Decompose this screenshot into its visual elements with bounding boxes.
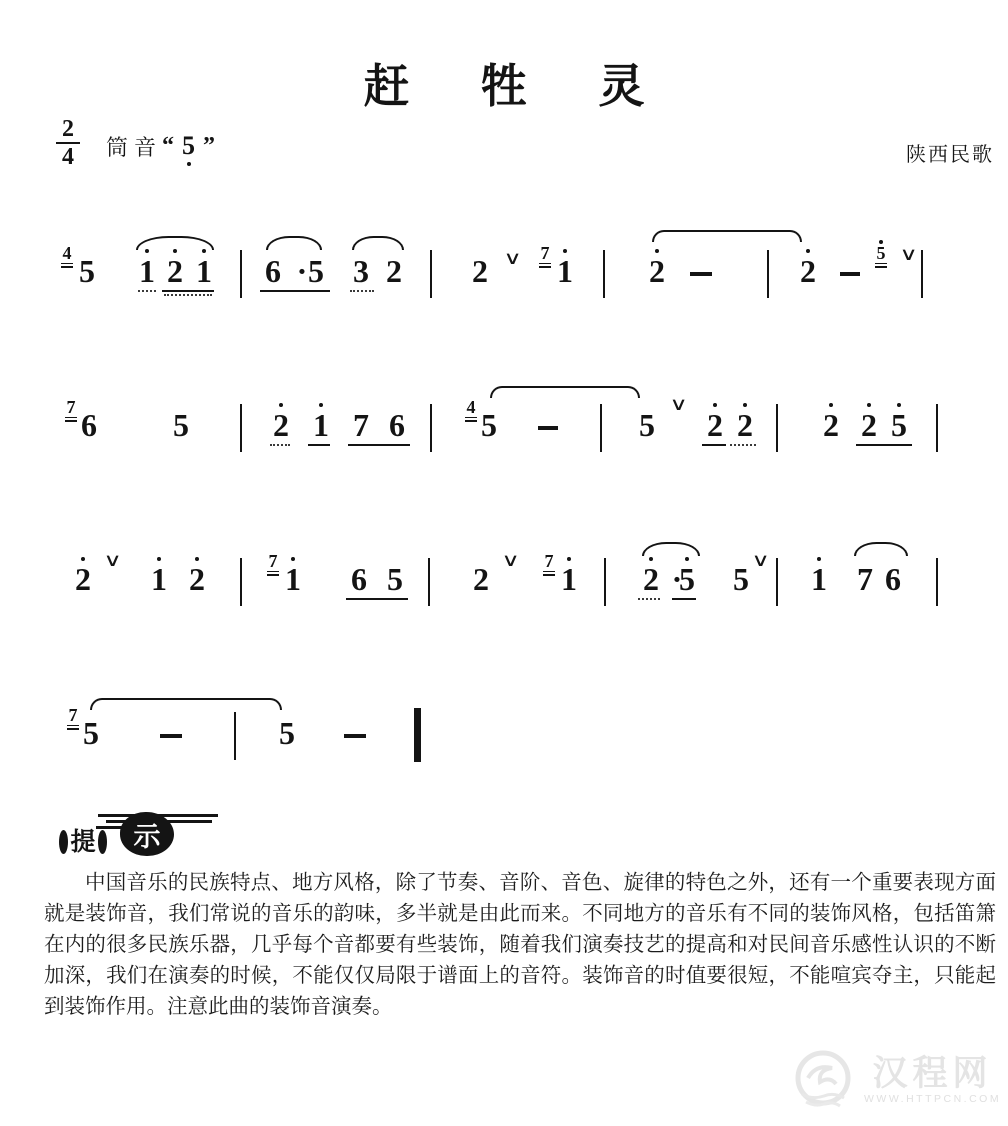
octave-dot-high [563, 249, 567, 253]
glyph: 1 [139, 253, 155, 289]
glyph: 5 [891, 407, 907, 443]
glyph: 7 [857, 561, 873, 597]
watermark: 汉程网 WWW.HTTPCN.COM [790, 1048, 1001, 1112]
final-barline [414, 708, 421, 762]
note: 2 [383, 256, 405, 286]
octave-dot-high [81, 557, 85, 561]
beat-underline [308, 444, 330, 446]
glyph: 5 [639, 407, 655, 443]
glyph: 2 [473, 561, 489, 597]
glyph: 2 [189, 561, 205, 597]
glyph: 1 [151, 561, 167, 597]
octave-dot-high [279, 403, 283, 407]
note: 7 [350, 410, 372, 440]
note: 5 [384, 564, 406, 594]
glyph: 7 [541, 243, 550, 263]
grace-note: 7 [538, 246, 552, 269]
glyph: 5 [83, 715, 99, 751]
breath-mark: ∨ [103, 552, 121, 570]
note: 5 [676, 564, 698, 594]
octave-dot-high [291, 557, 295, 561]
tip-badge-right: 示 [120, 812, 174, 856]
slur [352, 236, 404, 250]
note: 5 [170, 410, 192, 440]
barline [240, 558, 242, 606]
tip-badge-left-char: 提 [70, 830, 95, 855]
slur [136, 236, 214, 250]
beat-underline [702, 444, 726, 446]
glyph: 6 [265, 253, 281, 289]
note: 1 [148, 564, 170, 594]
barline [604, 558, 606, 606]
note: 7 [854, 564, 876, 594]
beat-underline [138, 290, 156, 292]
breath-mark: ∨ [669, 396, 687, 414]
glyph: 6 [389, 407, 405, 443]
note: 2 [820, 410, 842, 440]
note: 6 [386, 410, 408, 440]
note: 2 [72, 564, 94, 594]
duration-dash [840, 272, 860, 276]
duration-dash [160, 734, 182, 738]
glyph: 5 [733, 561, 749, 597]
beat-underline [346, 598, 408, 600]
glyph: 1 [196, 253, 212, 289]
watermark-text: 汉程网 WWW.HTTPCN.COM [864, 1055, 1001, 1105]
barline [936, 558, 938, 606]
note: 2 [186, 564, 208, 594]
octave-dot-high [897, 403, 901, 407]
beat-underline [856, 444, 912, 446]
watermark-logo-icon [790, 1048, 856, 1112]
breath-mark: ∨ [503, 250, 521, 268]
glyph: 2 [800, 253, 816, 289]
barline [240, 404, 242, 452]
grace-note: 7 [66, 708, 80, 731]
tip-badge-left: 提 [50, 824, 116, 860]
tie [490, 386, 640, 398]
note: 6 [78, 410, 100, 440]
beat-underline [348, 444, 410, 446]
tip-badge-right-char: 示 [134, 815, 161, 854]
glyph: 5 [481, 407, 497, 443]
glyph: 1 [285, 561, 301, 597]
note: 5 [80, 718, 102, 748]
octave-dot-high [829, 403, 833, 407]
note: 6 [262, 256, 284, 286]
slur [642, 542, 700, 556]
glyph: 5 [877, 243, 886, 263]
note: 5 [888, 410, 910, 440]
glyph: ∨ [669, 394, 687, 415]
grace-note: 7 [64, 400, 78, 423]
note: 5 [305, 256, 327, 286]
note: 2 [469, 256, 491, 286]
octave-dot-high [157, 557, 161, 561]
tie [652, 230, 802, 242]
barline [428, 558, 430, 606]
glyph: 7 [69, 705, 78, 725]
note: 5 [636, 410, 658, 440]
note: 2 [640, 564, 662, 594]
note: 5 [730, 564, 752, 594]
note: 2 [704, 410, 726, 440]
slur [266, 236, 322, 250]
glyph: 1 [561, 561, 577, 597]
watermark-url: WWW.HTTPCN.COM [864, 1093, 1001, 1105]
barline [936, 404, 938, 452]
grace-note: 7 [266, 554, 280, 577]
barline [921, 250, 923, 298]
octave-dot-high [867, 403, 871, 407]
beat-underline [162, 290, 214, 292]
glyph: 5 [308, 253, 324, 289]
glyph: 6 [351, 561, 367, 597]
glyph: 7 [269, 551, 278, 571]
duration-dash [538, 426, 558, 430]
beat-underline [260, 290, 330, 292]
barline [240, 250, 242, 298]
glyph: 2 [167, 253, 183, 289]
octave-dot-high [713, 403, 717, 407]
octave-dot-high [145, 249, 149, 253]
glyph: 2 [472, 253, 488, 289]
glyph: 1 [313, 407, 329, 443]
barline [234, 712, 236, 760]
barline [776, 404, 778, 452]
glyph: 5 [387, 561, 403, 597]
barline [776, 558, 778, 606]
duration-dash [690, 272, 712, 276]
slur [854, 542, 908, 556]
note: 1 [558, 564, 580, 594]
note: 5 [478, 410, 500, 440]
note: 3 [350, 256, 372, 286]
glyph: 5 [79, 253, 95, 289]
note: 2 [164, 256, 186, 286]
octave-dot-high [817, 557, 821, 561]
glyph: 5 [679, 561, 695, 597]
glyph: 2 [737, 407, 753, 443]
octave-dot-high [806, 249, 810, 253]
octave-dot-high [879, 240, 883, 244]
barline [430, 404, 432, 452]
breath-mark: ∨ [501, 552, 519, 570]
glyph: ∨ [503, 248, 521, 269]
note: 5 [276, 718, 298, 748]
octave-dot-high [743, 403, 747, 407]
duration-dash [344, 734, 366, 738]
octave-dot-high [173, 249, 177, 253]
grace-note: 5 [874, 246, 888, 269]
note: 1 [554, 256, 576, 286]
score: 451216·5322∨71225∨7652176455∨222252∨1271… [0, 0, 1008, 810]
beat-underline [270, 444, 290, 446]
note: 2 [734, 410, 756, 440]
note: 2 [470, 564, 492, 594]
barline [767, 250, 769, 298]
glyph: 5 [173, 407, 189, 443]
tip-paragraph: 中国音乐的民族特点、地方风格，除了节奏、音阶、音色、旋律的特色之外，还有一个重要… [44, 868, 996, 1023]
glyph: 4 [467, 397, 476, 417]
note: 1 [808, 564, 830, 594]
beat-underline [164, 294, 212, 296]
crescent-bracket-icon [59, 830, 68, 854]
beat-underline [730, 444, 756, 446]
octave-dot-high [655, 249, 659, 253]
note: 1 [282, 564, 304, 594]
glyph: 2 [386, 253, 402, 289]
octave-dot-high [319, 403, 323, 407]
glyph: 1 [557, 253, 573, 289]
note: 1 [310, 410, 332, 440]
note: 2 [797, 256, 819, 286]
glyph: 3 [353, 253, 369, 289]
grace-note: 4 [60, 246, 74, 269]
glyph: ∨ [899, 244, 917, 265]
glyph: 7 [545, 551, 554, 571]
glyph: 6 [81, 407, 97, 443]
glyph: 7 [353, 407, 369, 443]
beat-underline [350, 290, 374, 292]
glyph: 2 [707, 407, 723, 443]
beat-underline [672, 598, 696, 600]
watermark-site-name: 汉程网 [873, 1055, 993, 1093]
note: 2 [646, 256, 668, 286]
glyph: 2 [649, 253, 665, 289]
octave-dot-high [195, 557, 199, 561]
crescent-bracket-icon [98, 830, 107, 854]
note: 1 [136, 256, 158, 286]
note: 6 [348, 564, 370, 594]
barline [600, 404, 602, 452]
glyph: 2 [823, 407, 839, 443]
grace-note: 4 [464, 400, 478, 423]
glyph: 6 [885, 561, 901, 597]
glyph: ∨ [501, 550, 519, 571]
note: 2 [270, 410, 292, 440]
glyph: ∨ [103, 550, 121, 571]
sheet-music-page: 赶 牲 灵 2 4 筒音 “ 5 ” 陕西民歌 451216·5322∨7122… [0, 0, 1008, 1126]
glyph: 2 [861, 407, 877, 443]
glyph: ∨ [751, 550, 769, 571]
glyph: 7 [67, 397, 76, 417]
breath-mark: ∨ [899, 246, 917, 264]
glyph: 2 [75, 561, 91, 597]
breath-mark: ∨ [751, 552, 769, 570]
octave-dot-high [202, 249, 206, 253]
grace-note: 7 [542, 554, 556, 577]
tie [90, 698, 282, 710]
glyph: 2 [273, 407, 289, 443]
glyph: 5 [279, 715, 295, 751]
octave-dot-high [649, 557, 653, 561]
barline [430, 250, 432, 298]
barline [603, 250, 605, 298]
note: 6 [882, 564, 904, 594]
note: 5 [76, 256, 98, 286]
octave-dot-high [685, 557, 689, 561]
glyph: 4 [63, 243, 72, 263]
glyph: 2 [643, 561, 659, 597]
tip-badge: 提 示 [50, 808, 200, 862]
octave-dot-high [567, 557, 571, 561]
beat-underline [638, 598, 660, 600]
note: 2 [858, 410, 880, 440]
glyph: 1 [811, 561, 827, 597]
note: 1 [193, 256, 215, 286]
